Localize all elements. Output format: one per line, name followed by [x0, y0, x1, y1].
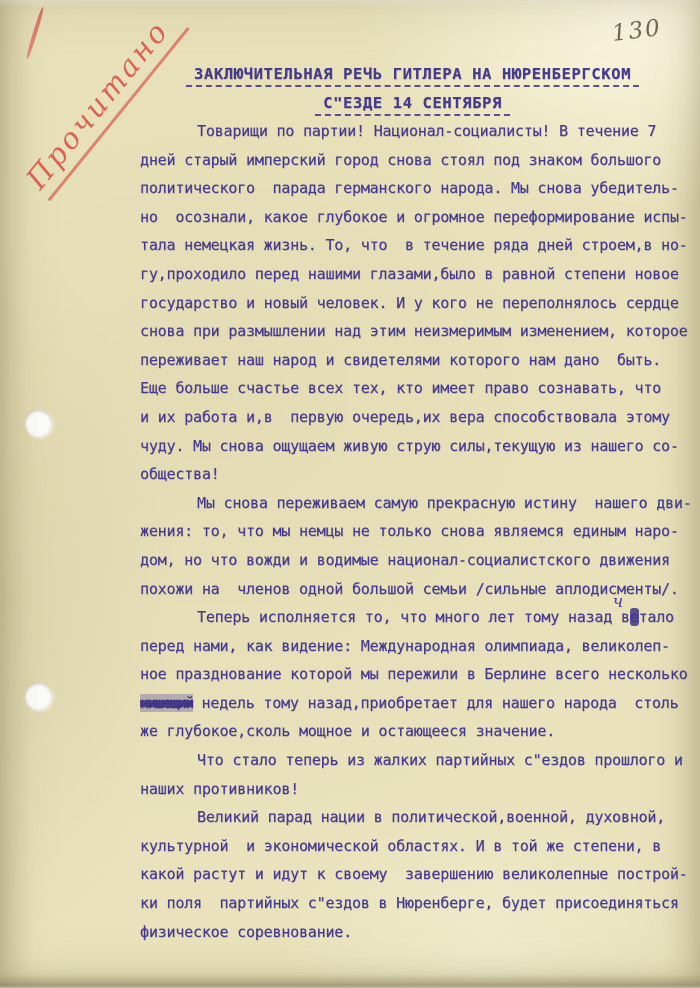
text-segment: недель тому назад,приобретает для нашего… [193, 694, 679, 712]
text-line: Великий парад нации в политической,военн… [140, 803, 688, 832]
text-segment: культурной и экономической областях. И в… [140, 837, 661, 855]
text-line: снова при размышлении над этим неизмерим… [140, 317, 688, 346]
text-segment: наших противников! [140, 780, 299, 798]
text-line: какой растут и идут к своему завершению … [140, 860, 688, 889]
text-line: Теперь исполняется то, что много лет том… [140, 603, 688, 632]
hole-punch-top [25, 410, 52, 437]
text-line: жения: то, что мы немцы не только снова … [140, 517, 688, 546]
text-segment: чуду. Мы снова ощущаем живую струю силы,… [140, 437, 679, 455]
text-segment: Теперь исполняется то, что много лет том… [197, 608, 630, 626]
hole-punch-bottom [25, 683, 52, 710]
text-line: же глубокое,сколь мощное и остающееся зн… [140, 717, 688, 746]
red-corner-mark [25, 7, 45, 60]
page-number: 130 [611, 15, 664, 47]
text-line: переживает наш народ и свидетелями котор… [140, 346, 688, 375]
text-segment: общества! [140, 465, 219, 483]
text-segment: тала немецкая жизнь. То, что в течение р… [140, 236, 688, 254]
text-line: государство и новый человек. И у кого не… [140, 289, 688, 318]
text-line: культурной и экономической областях. И в… [140, 832, 688, 861]
text-segment: политического парада германского народа.… [140, 179, 679, 197]
text-segment: физическое соревнование. [140, 923, 352, 941]
text-segment: ки поля партийных с"ездов в Нюренберге, … [140, 894, 679, 912]
text-segment: Что стало теперь из жалких партийных с"е… [197, 751, 683, 769]
text-segment: дней старый имперский город снова стоял … [140, 151, 661, 169]
title-line-2: С"ЕЗДЕ 14 СЕНТЯБРЯ [140, 89, 685, 118]
title-line-1: ЗАКЛЮЧИТЕЛЬНАЯ РЕЧЬ ГИТЛЕРА НА НЮРЕНБЕРГ… [140, 60, 685, 89]
text-segment: похожи на членов одной большой семьи /си… [140, 580, 679, 598]
text-line: Еще больше счастье всех тех, кто имеет п… [140, 374, 688, 403]
text-segment: и их работа и,в первую очередь,их вера с… [140, 408, 670, 426]
text-segment: Мы снова переживаем самую прекрасную ист… [197, 494, 692, 512]
text-segment: же глубокое,сколь мощное и остающееся зн… [140, 722, 555, 740]
text-line: дней старый имперский город снова стоял … [140, 146, 688, 175]
text-line: чуду. Мы снова ощущаем живую струю силы,… [140, 432, 688, 461]
text-segment: но осознали, какое глубокое и огромное п… [140, 208, 688, 226]
body-text: Товарищи по партии! Национал-социалисты!… [140, 117, 688, 946]
text-line: Мы снова переживаем самую прекрасную ист… [140, 489, 688, 518]
text-segment: переживает наш народ и свидетелями котор… [140, 351, 661, 369]
text-segment: государство и новый человек. И у кого не… [140, 294, 679, 312]
text-segment: ное празднование которой мы пережили в Б… [140, 665, 688, 683]
text-segment: жения: то, что мы немцы не только снова … [140, 522, 679, 540]
struck-out-word: нишещий [140, 694, 193, 712]
text-line: тала немецкая жизнь. То, что в течение р… [140, 231, 688, 260]
text-line: нишещий недель тому назад,приобретает дл… [140, 689, 688, 718]
text-segment: дом, но что вожди и водимые национал-соц… [140, 551, 670, 569]
scanned-page: 130 Прочитано ЗАКЛЮЧИТЕЛЬНАЯ РЕЧЬ ГИТЛЕР… [0, 0, 700, 988]
text-line: ки поля партийных с"ездов в Нюренберге, … [140, 889, 688, 918]
text-line: физическое соревнование. [140, 918, 688, 947]
handwritten-insert: ч [613, 588, 624, 617]
text-line: дом, но что вожди и водимые национал-соц… [140, 546, 688, 575]
text-segment: перед нами, как видение: Международная о… [140, 637, 670, 655]
scan-edge-highlight-top [0, 0, 700, 8]
document-title: ЗАКЛЮЧИТЕЛЬНАЯ РЕЧЬ ГИТЛЕРА НА НЮРЕНБЕРГ… [140, 60, 685, 118]
text-line: перед нами, как видение: Международная о… [140, 632, 688, 661]
text-segment: снова при размышлении над этим неизмерим… [140, 322, 688, 340]
text-segment: Товарищи по партии! Национал-социалисты!… [197, 122, 656, 140]
text-line: и их работа и,в первую очередь,их вера с… [140, 403, 688, 432]
text-segment: Еще больше счастье всех тех, кто имеет п… [140, 379, 661, 397]
text-line: общества! [140, 460, 688, 489]
text-line: но осознали, какое глубокое и огромное п… [140, 203, 688, 232]
text-line: политического парада германского народа.… [140, 174, 688, 203]
text-line: ное празднование которой мы пережили в Б… [140, 660, 688, 689]
text-line: Что стало теперь из жалких партийных с"е… [140, 746, 688, 775]
text-line: похожи на членов одной большой семьи /си… [140, 575, 688, 604]
text-line: гу,проходило перед нашими глазами,было в… [140, 260, 688, 289]
text-segment: гу,проходило перед нашими глазами,было в… [140, 265, 679, 283]
text-segment: Великий парад нации в политической,военн… [197, 808, 665, 826]
text-line: наших противников! [140, 775, 688, 804]
scan-edge-shadow-bottom [0, 974, 700, 988]
text-segment: какой растут и идут к своему завершению … [140, 865, 688, 883]
text-line: Товарищи по партии! Национал-социалисты!… [140, 117, 688, 146]
text-segment: тало [639, 608, 674, 626]
ink-blot: е [630, 608, 639, 626]
